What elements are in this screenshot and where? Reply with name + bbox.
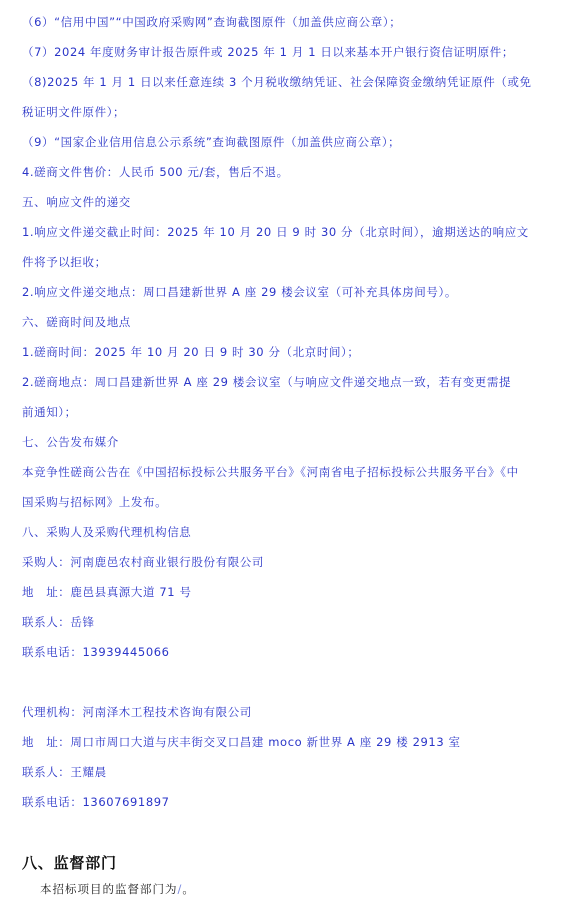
section-5-heading: 五、响应文件的递交 [22,195,131,209]
publication-media-line1: 本竞争性磋商公告在《中国招标投标公共服务平台》《河南省电子招标投标公共服务平台》… [22,465,519,479]
submission-deadline-line1: 1.响应文件递交截止时间：2025 年 10 月 20 日 9 时 30 分（北… [22,225,529,239]
supervision-body: 本招标项目的监督部门为/。 [40,882,195,896]
section-6-heading: 六、磋商时间及地点 [22,315,131,329]
submission-deadline-line2: 件将予以拒收； [22,255,107,269]
requirement-8-line2: 税证明文件原件）； [22,105,125,119]
buyer-name: 采购人：河南鹿邑农村商业银行股份有限公司 [22,555,264,569]
requirement-9: （9）“国家企业信用信息公示系统”查询截图原件（加盖供应商公章）； [22,135,400,149]
document-price: 4.磋商文件售价：人民币 500 元/套，售后不退。 [22,165,289,179]
agent-phone: 联系电话：13607691897 [22,795,170,809]
submission-location: 2.响应文件递交地点：周口昌建新世界 A 座 29 楼会议室（可补充具体房间号）… [22,285,457,299]
negotiation-time: 1.磋商时间：2025 年 10 月 20 日 9 时 30 分（北京时间）； [22,345,360,359]
section-7-heading: 七、公告发布媒介 [22,435,119,449]
agent-name: 代理机构：河南泽木工程技术咨询有限公司 [22,705,252,719]
buyer-phone: 联系电话：13939445066 [22,645,170,659]
publication-media-line2: 国采购与招标网》上发布。 [22,495,167,509]
buyer-address: 地 址：鹿邑县真源大道 71 号 [22,585,192,599]
requirement-7: （7）2024 年度财务审计报告原件或 2025 年 1 月 1 日以来基本开户… [22,45,514,59]
section-8-heading: 八、采购人及采购代理机构信息 [22,525,191,539]
supervision-heading: 八、监督部门 [22,854,117,872]
requirement-8-line1: （8)2025 年 1 月 1 日以来任意连续 3 个月税收缴纳凭证、社会保障资… [22,75,532,89]
buyer-contact: 联系人：岳锋 [22,615,95,629]
negotiation-location-line2: 前通知）； [22,405,77,419]
supervision-body-prefix: 本招标项目的监督部门为 [40,882,178,896]
agent-contact: 联系人：王耀晨 [22,765,107,779]
requirement-6: （6）“信用中国”“中国政府采购网”查询截图原件（加盖供应商公章）； [22,15,401,29]
supervision-body-suffix: 。 [182,882,195,896]
agent-address: 地 址：周口市周口大道与庆丰街交叉口昌建 moco 新世界 A 座 29 楼 2… [22,735,461,749]
negotiation-location-line1: 2.磋商地点：周口昌建新世界 A 座 29 楼会议室（与响应文件递交地点一致，若… [22,375,511,389]
